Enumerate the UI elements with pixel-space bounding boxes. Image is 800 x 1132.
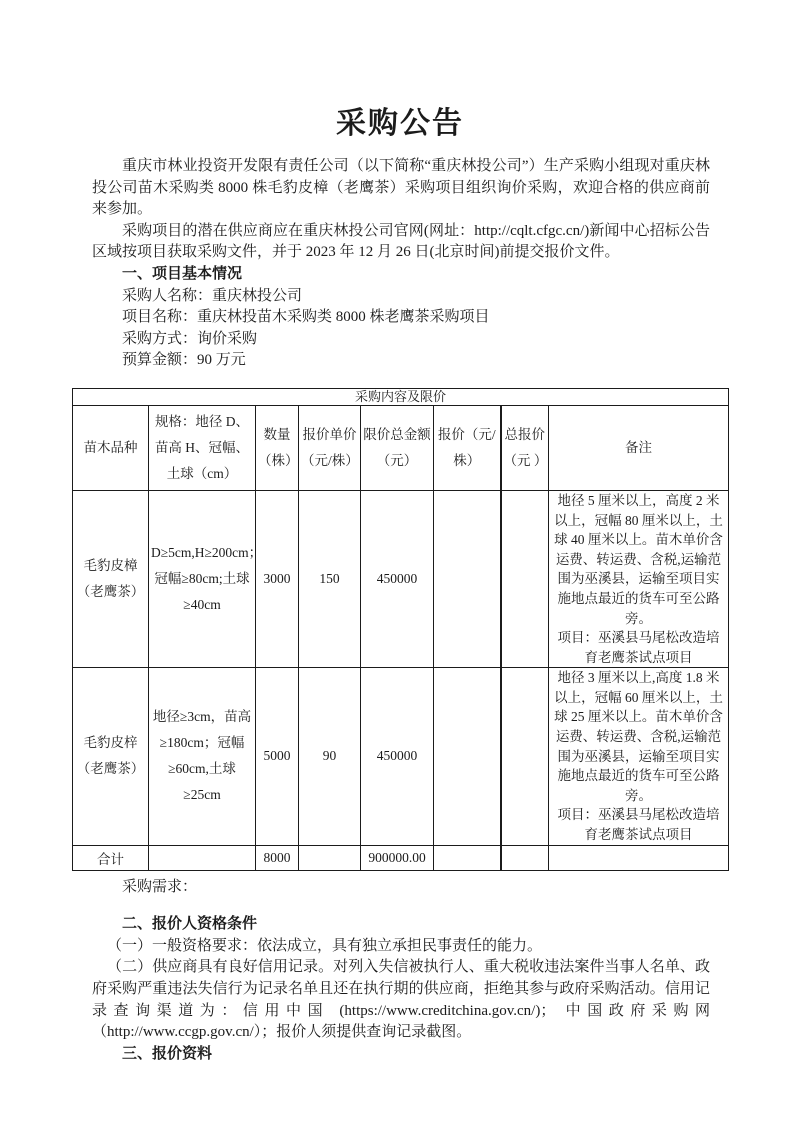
table-row-1: 毛豹皮樟（老鹰茶） D≥5cm,H≥200cm；冠幅≥80cm;土球≥40cm … — [73, 490, 729, 667]
document-page: 采购公告 重庆市林业投资开发限有责任公司（以下简称“重庆林投公司”）生产采购小组… — [0, 0, 800, 1132]
section1-heading: 一、项目基本情况 — [92, 264, 710, 286]
cell-total-quote — [501, 490, 549, 667]
page-title: 采购公告 — [0, 104, 800, 144]
remark-main-text: 地径 5 厘米以上，高度 2 米以上，冠幅 80 厘米以上，土球 40 厘米以上… — [551, 491, 726, 628]
project-name-line: 项目名称：重庆林投苗木采购类 8000 株老鹰茶采购项目 — [92, 307, 710, 329]
table-row-2: 毛豹皮梓（老鹰茶） 地径≥3cm，苗高≥180cm；冠幅≥60cm,土球≥25c… — [73, 668, 729, 845]
intro-paragraph-1: 重庆市林业投资开发限有责任公司（以下简称“重庆林投公司”）生产采购小组现对重庆林… — [92, 156, 710, 221]
remark-main-text: 地径 3 厘米以上,高度 1.8 米以上，冠幅 60 厘米以上，土球 25 厘米… — [551, 668, 726, 805]
total-total-quote-empty — [501, 845, 549, 870]
cell-quantity: 3000 — [256, 490, 299, 667]
cell-remark: 地径 3 厘米以上,高度 1.8 米以上，冠幅 60 厘米以上，土球 25 厘米… — [549, 668, 729, 845]
header-total-quote: 总报价（元 ） — [501, 405, 549, 490]
cell-species: 毛豹皮梓（老鹰茶） — [73, 668, 149, 845]
total-unit-price-empty — [299, 845, 361, 870]
total-quantity: 8000 — [256, 845, 299, 870]
header-quantity: 数量（株） — [256, 405, 299, 490]
header-unit-price: 报价单价（元/株） — [299, 405, 361, 490]
total-spec-empty — [149, 845, 256, 870]
table-caption: 采购内容及限价 — [73, 388, 729, 405]
cell-quote — [434, 490, 501, 667]
intro-section: 重庆市林业投资开发限有责任公司（以下简称“重庆林投公司”）生产采购小组现对重庆林… — [92, 156, 710, 372]
cell-quote — [434, 668, 501, 845]
cell-species: 毛豹皮樟（老鹰茶） — [73, 490, 149, 667]
table-total-row: 合计 8000 900000.00 — [73, 845, 729, 870]
header-limit-total: 限价总金额（元） — [361, 405, 434, 490]
cell-total-quote — [501, 668, 549, 845]
qualification-paragraph-2: （二）供应商具有良好信用记录。对列入失信被执行人、重大税收违法案件当事人名单、政… — [92, 957, 710, 1043]
cell-unit-price: 90 — [299, 668, 361, 845]
cell-remark: 地径 5 厘米以上，高度 2 米以上，冠幅 80 厘米以上，土球 40 厘米以上… — [549, 490, 729, 667]
cell-quantity: 5000 — [256, 668, 299, 845]
header-remark: 备注 — [549, 405, 729, 490]
remark-project-text: 项目：巫溪县马尾松改造培育老鹰茶试点项目 — [551, 805, 726, 844]
header-quote: 报价（元/株） — [434, 405, 501, 490]
qualification-paragraph-1: （一）一般资格要求：依法成立，具有独立承担民事责任的能力。 — [92, 936, 710, 958]
procurement-method-line: 采购方式：询价采购 — [92, 329, 710, 351]
remark-project-text: 项目：巫溪县马尾松改造培育老鹰茶试点项目 — [551, 628, 726, 667]
purchaser-name-line: 采购人名称：重庆林投公司 — [92, 286, 710, 308]
total-remark-empty — [549, 845, 729, 870]
table-caption-row: 采购内容及限价 — [73, 388, 729, 405]
section3-heading: 三、报价资料 — [92, 1044, 710, 1066]
total-limit-total: 900000.00 — [361, 845, 434, 870]
intro-paragraph-2: 采购项目的潜在供应商应在重庆林投公司官网(网址：http://cqlt.cfgc… — [92, 221, 710, 264]
requirements-section: 采购需求： 二、报价人资格条件 （一）一般资格要求：依法成立，具有独立承担民事责… — [92, 877, 710, 1066]
header-spec: 规格：地径 D、苗高 H、冠幅、土球（cm） — [149, 405, 256, 490]
cell-spec: D≥5cm,H≥200cm；冠幅≥80cm;土球≥40cm — [149, 490, 256, 667]
budget-line: 预算金额：90 万元 — [92, 350, 710, 372]
header-species: 苗木品种 — [73, 405, 149, 490]
procurement-demand-line: 采购需求： — [92, 877, 710, 899]
cell-spec: 地径≥3cm，苗高≥180cm；冠幅≥60cm,土球≥25cm — [149, 668, 256, 845]
cell-limit-total: 450000 — [361, 490, 434, 667]
total-quote-empty — [434, 845, 501, 870]
section2-heading: 二、报价人资格条件 — [92, 914, 710, 936]
total-label: 合计 — [73, 845, 149, 870]
procurement-table: 采购内容及限价 苗木品种 规格：地径 D、苗高 H、冠幅、土球（cm） 数量（株… — [72, 388, 729, 871]
cell-limit-total: 450000 — [361, 668, 434, 845]
cell-unit-price: 150 — [299, 490, 361, 667]
table-header-row: 苗木品种 规格：地径 D、苗高 H、冠幅、土球（cm） 数量（株） 报价单价（元… — [73, 405, 729, 490]
